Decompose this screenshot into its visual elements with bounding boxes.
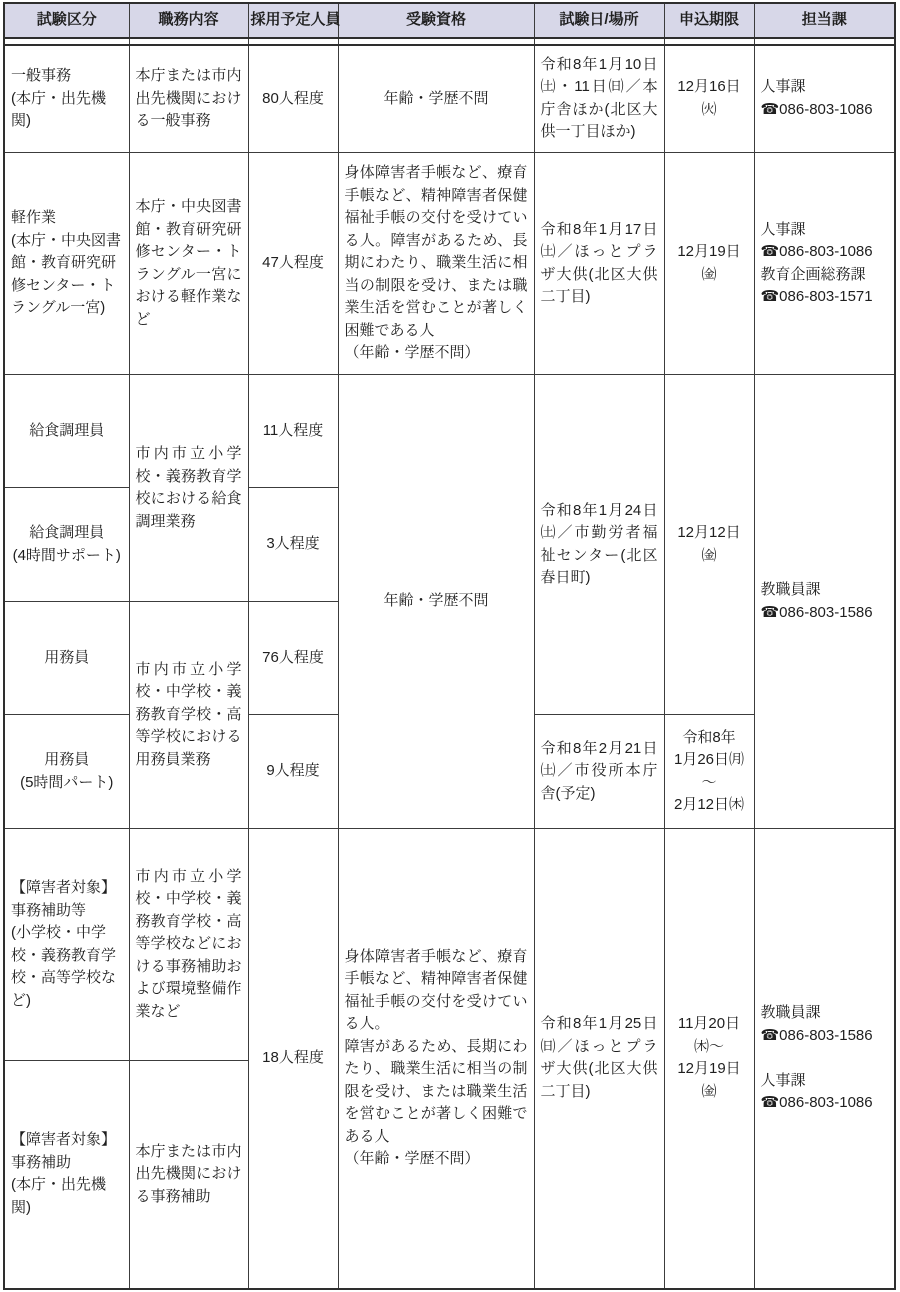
cell-disabled-group-eligibility: 身体障害者手帳など、療育手帳など、精神障害者保健福祉手帳の交付を受けている人。 … bbox=[338, 829, 534, 1289]
cell-meal-cook-category: 給食調理員 bbox=[4, 375, 129, 488]
header-gap-row bbox=[4, 38, 895, 45]
cell-school-group-deadline-dec: 12月12日㈮ bbox=[664, 375, 754, 715]
cell-general-office-contact: 人事課 ☎086-803-1086 bbox=[754, 45, 895, 153]
cell-meal-cook-duties: 市内市立小学校・義務教育学校における給食調理業務 bbox=[129, 375, 248, 602]
header-application-deadline: 申込期限 bbox=[664, 3, 754, 38]
cell-school-group-exam-date-jan: 令和8年1月24日㈯／市勤労者福祉センター(北区春日町) bbox=[534, 375, 664, 715]
cell-meal-cook-4h-category: 給食調理員 (4時間サポート) bbox=[4, 488, 129, 602]
cell-general-office-category: 一般事務 (本庁・出先機関) bbox=[4, 45, 129, 153]
cell-disabled-school-category: 【障害者対象】 事務補助等 (小学校・中学校・義務教育学校・高等学校など) bbox=[4, 829, 129, 1061]
cell-janitor-5h-deadline-feb: 令和8年 1月26日㈪～ 2月12日㈭ bbox=[664, 715, 754, 829]
header-gap-cell bbox=[4, 38, 129, 45]
header-exam-category: 試験区分 bbox=[4, 3, 129, 38]
cell-light-work-contact: 人事課 ☎086-803-1086 教育企画総務課 ☎086-803-1571 bbox=[754, 153, 895, 375]
cell-meal-cook-4h-quota: 3人程度 bbox=[248, 488, 338, 602]
header-gap-cell bbox=[534, 38, 664, 45]
header-gap-cell bbox=[664, 38, 754, 45]
cell-general-office-exam-date: 令和8年1月10日㈯・11日㈰／本庁舎ほか(北区大供一丁目ほか) bbox=[534, 45, 664, 153]
cell-disabled-group-quota: 18人程度 bbox=[248, 829, 338, 1289]
cell-light-work-eligibility: 身体障害者手帳など、療育手帳など、精神障害者保健福祉手帳の交付を受けている人。障… bbox=[338, 153, 534, 375]
cell-disabled-group-exam-date: 令和8年1月25日㈰／ほっとプラザ大供(北区大供二丁目) bbox=[534, 829, 664, 1289]
cell-disabled-group-contact: 教職員課 ☎086-803-1586 人事課 ☎086-803-1086 bbox=[754, 829, 895, 1289]
header-responsible-division: 担当課 bbox=[754, 3, 895, 38]
cell-disabled-office-duties: 本庁または市内出先機関における事務補助 bbox=[129, 1061, 248, 1289]
row-light-work: 軽作業 (本庁・中央図書館・教育研究研修センター・トラングル一宮) 本庁・中央図… bbox=[4, 153, 895, 375]
header-job-duties: 職務内容 bbox=[129, 3, 248, 38]
cell-light-work-category: 軽作業 (本庁・中央図書館・教育研究研修センター・トラングル一宮) bbox=[4, 153, 129, 375]
cell-general-office-quota: 80人程度 bbox=[248, 45, 338, 153]
header-gap-cell bbox=[129, 38, 248, 45]
cell-janitor-duties: 市内市立小学校・中学校・義務教育学校・高等学校における用務員業務 bbox=[129, 602, 248, 829]
cell-school-group-eligibility: 年齢・学歴不問 bbox=[338, 375, 534, 829]
header-planned-hires: 採用予定人員 bbox=[248, 3, 338, 38]
row-meal-cook: 給食調理員 市内市立小学校・義務教育学校における給食調理業務 11人程度 年齢・… bbox=[4, 375, 895, 488]
cell-light-work-exam-date: 令和8年1月17日㈯／ほっとプラザ大供(北区大供二丁目) bbox=[534, 153, 664, 375]
cell-light-work-quota: 47人程度 bbox=[248, 153, 338, 375]
cell-disabled-group-deadline: 11月20日㈭～ 12月19日㈮ bbox=[664, 829, 754, 1289]
row-general-office: 一般事務 (本庁・出先機関) 本庁または市内出先機関における一般事務 80人程度… bbox=[4, 45, 895, 153]
table-header-row: 試験区分 職務内容 採用予定人員 受験資格 試験日/場所 申込期限 担当課 bbox=[4, 3, 895, 38]
row-disabled-school-assist: 【障害者対象】 事務補助等 (小学校・中学校・義務教育学校・高等学校など) 市内… bbox=[4, 829, 895, 1061]
cell-meal-cook-quota: 11人程度 bbox=[248, 375, 338, 488]
cell-general-office-eligibility: 年齢・学歴不問 bbox=[338, 45, 534, 153]
header-eligibility: 受験資格 bbox=[338, 3, 534, 38]
cell-general-office-duties: 本庁または市内出先機関における一般事務 bbox=[129, 45, 248, 153]
cell-disabled-office-category: 【障害者対象】 事務補助 (本庁・出先機関) bbox=[4, 1061, 129, 1289]
cell-janitor-category: 用務員 bbox=[4, 602, 129, 715]
cell-janitor-5h-quota: 9人程度 bbox=[248, 715, 338, 829]
header-exam-date-place: 試験日/場所 bbox=[534, 3, 664, 38]
cell-janitor-5h-exam-date-feb: 令和8年2月21日㈯／市役所本庁舎(予定) bbox=[534, 715, 664, 829]
cell-light-work-deadline: 12月19日㈮ bbox=[664, 153, 754, 375]
cell-school-group-contact: 教職員課 ☎086-803-1586 bbox=[754, 375, 895, 829]
header-gap-cell bbox=[248, 38, 338, 45]
header-gap-cell bbox=[338, 38, 534, 45]
header-gap-cell bbox=[754, 38, 895, 45]
cell-janitor-quota: 76人程度 bbox=[248, 602, 338, 715]
cell-disabled-school-duties: 市内市立小学校・中学校・義務教育学校・高等学校などにおける事務補助および環境整備… bbox=[129, 829, 248, 1061]
cell-general-office-deadline: 12月16日㈫ bbox=[664, 45, 754, 153]
cell-janitor-5h-category: 用務員 (5時間パート) bbox=[4, 715, 129, 829]
cell-light-work-duties: 本庁・中央図書館・教育研究研修センター・トラングル一宮における軽作業など bbox=[129, 153, 248, 375]
recruitment-table: 試験区分 職務内容 採用予定人員 受験資格 試験日/場所 申込期限 担当課 一般… bbox=[3, 2, 896, 1290]
